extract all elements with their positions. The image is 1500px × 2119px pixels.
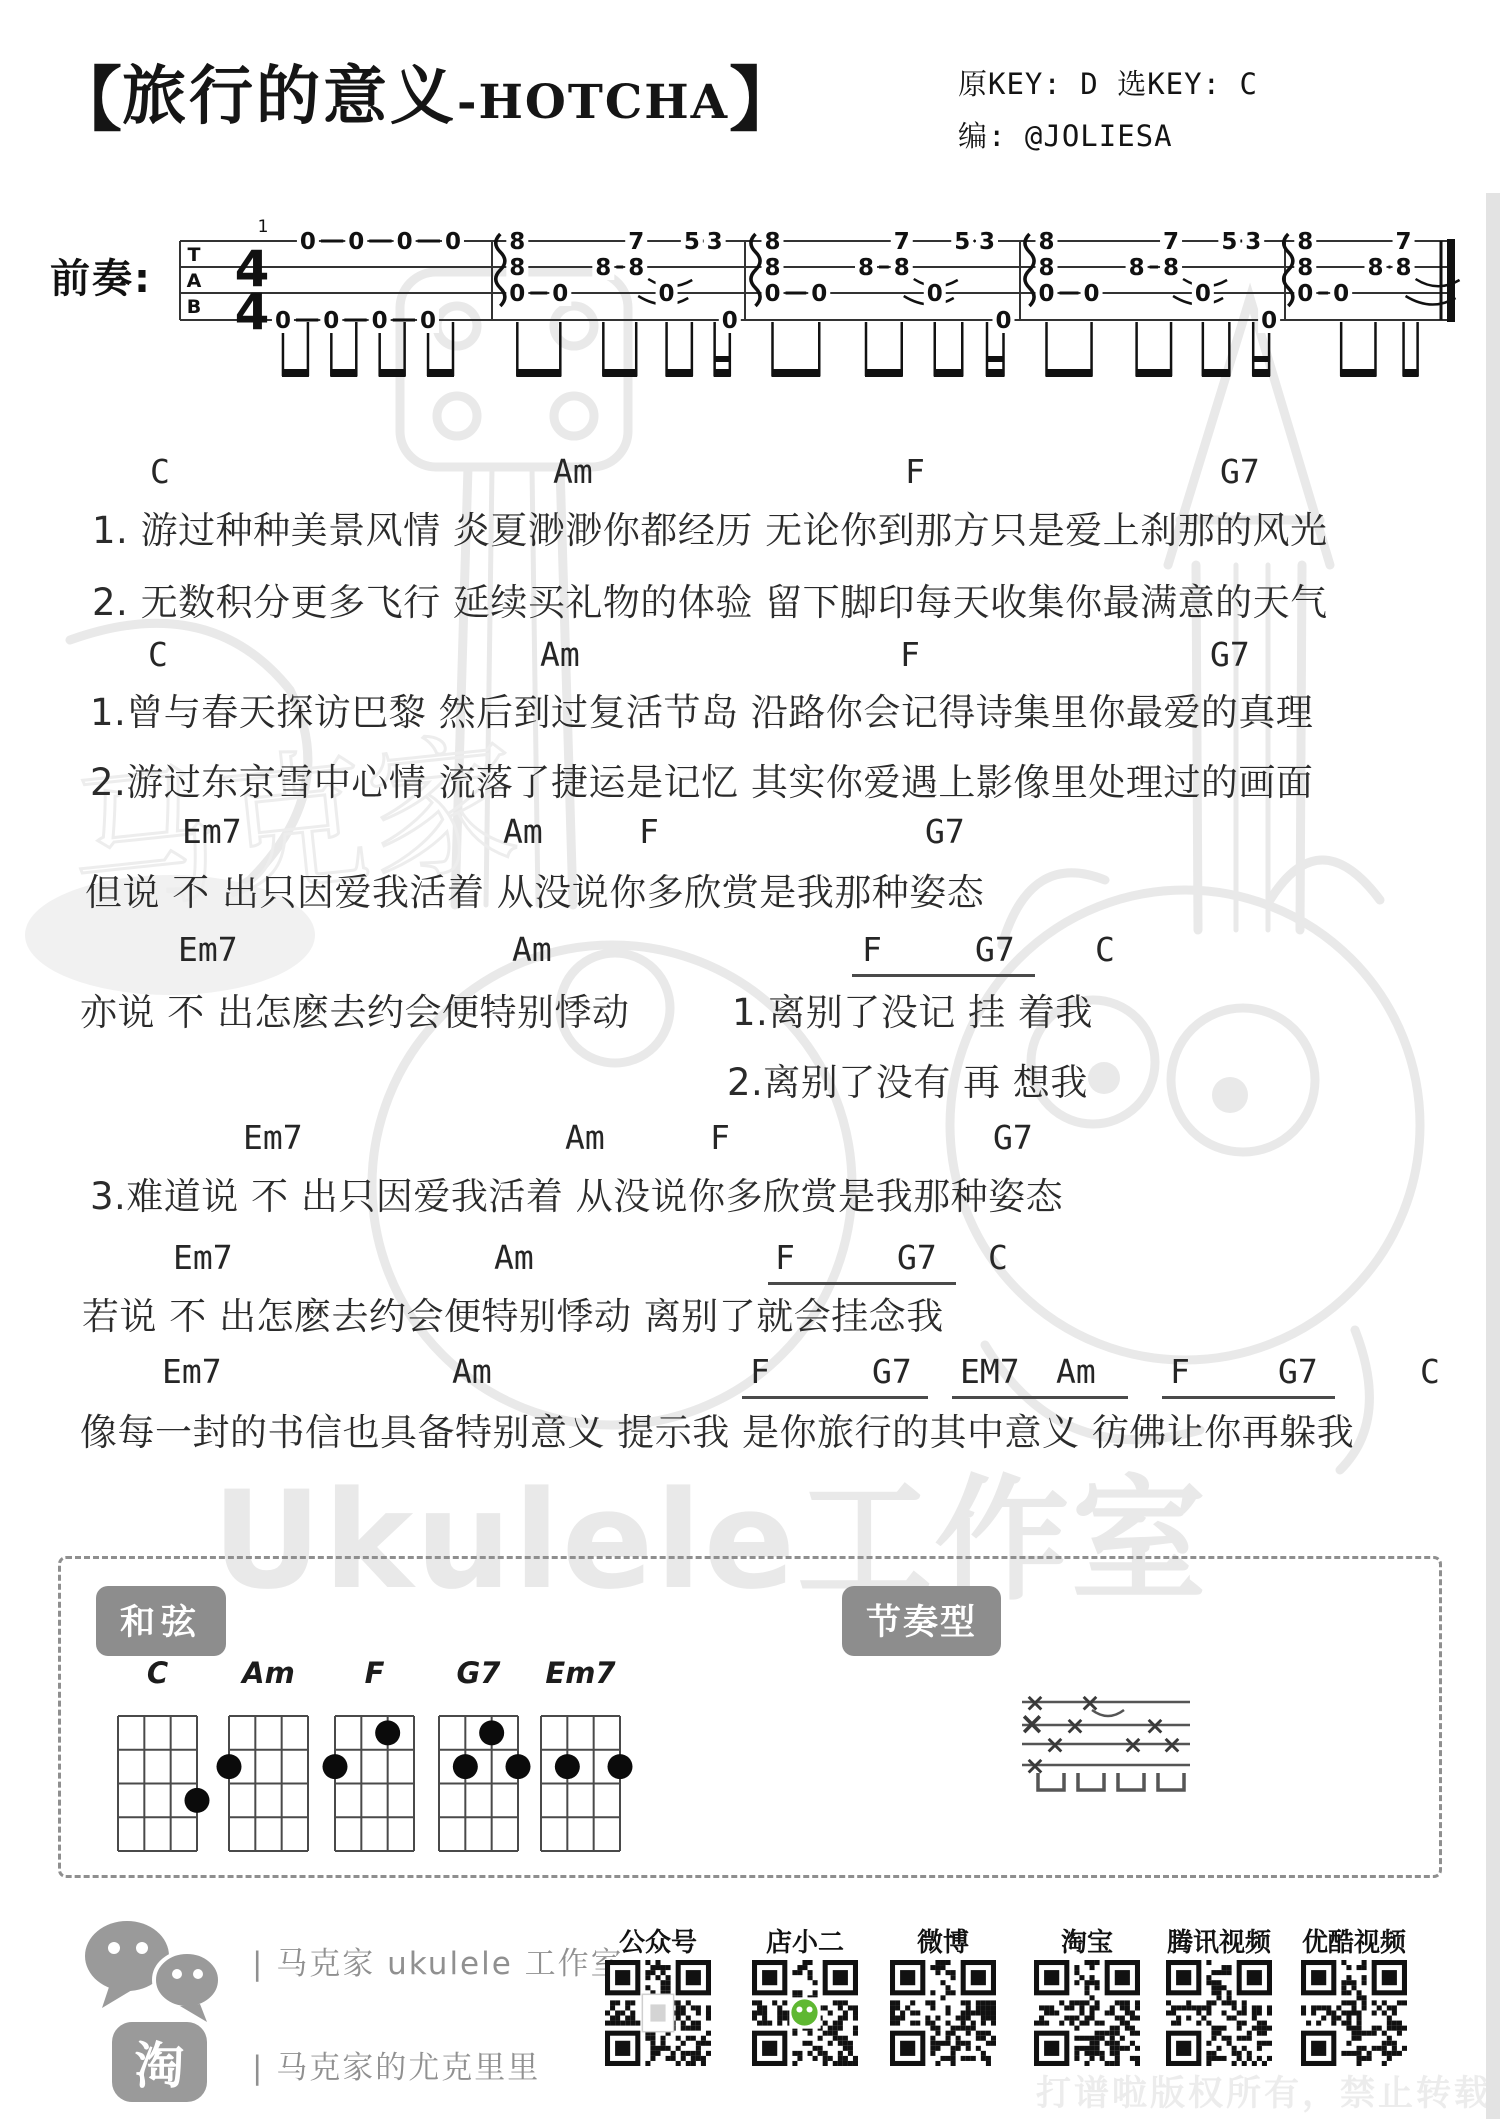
copyright-watermark: 打谱啦版权所有，禁止转载 (980, 2066, 1492, 2116)
svg-text:0: 0 (764, 281, 780, 307)
title-song-name: 旅行的意义 (122, 60, 457, 134)
svg-text:0: 0 (509, 281, 525, 307)
svg-text:0: 0 (552, 281, 568, 307)
svg-text:3: 3 (979, 229, 995, 255)
svg-text:1: 1 (258, 217, 269, 237)
svg-text:8: 8 (1038, 255, 1054, 281)
svg-text:0: 0 (275, 308, 291, 334)
svg-text:5: 5 (684, 229, 700, 255)
key-info: 原KEY: D 选KEY: C (958, 62, 1258, 103)
svg-text:×: × (1123, 1730, 1144, 1759)
chord-sheet-page: 马克家 Ukulele工作室 【旅行的意义-HOTCHA】 原KEY: D 选K… (0, 0, 1500, 2119)
svg-text:0: 0 (1038, 281, 1054, 307)
svg-text:8: 8 (1163, 255, 1179, 281)
svg-text:8: 8 (764, 255, 780, 281)
svg-text:0: 0 (1297, 281, 1313, 307)
svg-text:8: 8 (1038, 229, 1054, 255)
svg-text:0: 0 (420, 308, 436, 334)
svg-text:0: 0 (397, 229, 413, 255)
title-bracket-open: 【 (52, 59, 122, 141)
svg-text:8: 8 (858, 255, 874, 281)
svg-text:5: 5 (954, 229, 970, 255)
svg-text:0: 0 (323, 308, 339, 334)
svg-text:×: × (1045, 1730, 1066, 1759)
title-bracket-close: 】 (729, 59, 799, 141)
chord-diagrams-and-rhythm: ××××××××× (0, 1640, 1500, 1890)
svg-text:0: 0 (659, 281, 675, 307)
svg-text:0: 0 (927, 281, 943, 307)
svg-text:0: 0 (372, 308, 388, 334)
svg-text:0: 0 (300, 229, 316, 255)
svg-text:8: 8 (1297, 255, 1313, 281)
intro-tablature: TAB4410000000088008870530880088705308800… (0, 190, 1500, 425)
svg-text:0: 0 (445, 229, 461, 255)
svg-text:×: × (1025, 1751, 1046, 1780)
wechat-icon (82, 1918, 232, 2028)
svg-text:8: 8 (1396, 255, 1412, 281)
svg-text:8: 8 (894, 255, 910, 281)
intro-label: 前奏: (50, 247, 152, 304)
page-title: 【旅行的意义-HOTCHA】 (52, 44, 799, 145)
page-edge-shadow (1486, 193, 1500, 2119)
svg-text:3: 3 (1245, 229, 1261, 255)
svg-text:×: × (1065, 1711, 1086, 1740)
svg-text:5: 5 (1221, 229, 1237, 255)
svg-text:8: 8 (595, 255, 611, 281)
taobao-shop-text: | 马克家的尤克里里 (252, 2042, 540, 2087)
svg-text:0: 0 (811, 281, 827, 307)
svg-text:×: × (1019, 1706, 1045, 1742)
svg-text:T: T (188, 244, 201, 266)
svg-text:8: 8 (1297, 229, 1313, 255)
svg-text:B: B (187, 296, 201, 318)
svg-text:0: 0 (1195, 281, 1211, 307)
svg-text:0: 0 (1084, 281, 1100, 307)
taobao-icon-char: 淘 (135, 2026, 185, 2098)
svg-text:×: × (1162, 1730, 1183, 1759)
svg-text:8: 8 (1129, 255, 1145, 281)
svg-text:8: 8 (628, 255, 644, 281)
wechat-studio-text: | 马克家 ukulele 工作室 (252, 1938, 624, 1983)
svg-text:0: 0 (1333, 281, 1349, 307)
svg-text:4: 4 (235, 283, 270, 341)
svg-text:8: 8 (509, 229, 525, 255)
svg-text:A: A (187, 270, 202, 292)
svg-text:7: 7 (1163, 229, 1179, 255)
svg-text:8: 8 (764, 229, 780, 255)
svg-text:8: 8 (1367, 255, 1383, 281)
editor-info: 编: @JOLIESA (958, 114, 1173, 155)
svg-text:0: 0 (995, 308, 1011, 334)
svg-text:0: 0 (1261, 308, 1277, 334)
taobao-icon: 淘 (112, 2022, 207, 2102)
svg-text:8: 8 (509, 255, 525, 281)
svg-text:7: 7 (894, 229, 910, 255)
svg-text:0: 0 (722, 308, 738, 334)
svg-text:0: 0 (348, 229, 364, 255)
svg-text:7: 7 (1396, 229, 1412, 255)
svg-text:7: 7 (628, 229, 644, 255)
svg-text:3: 3 (707, 229, 723, 255)
title-artist: -HOTCHA (457, 75, 729, 130)
